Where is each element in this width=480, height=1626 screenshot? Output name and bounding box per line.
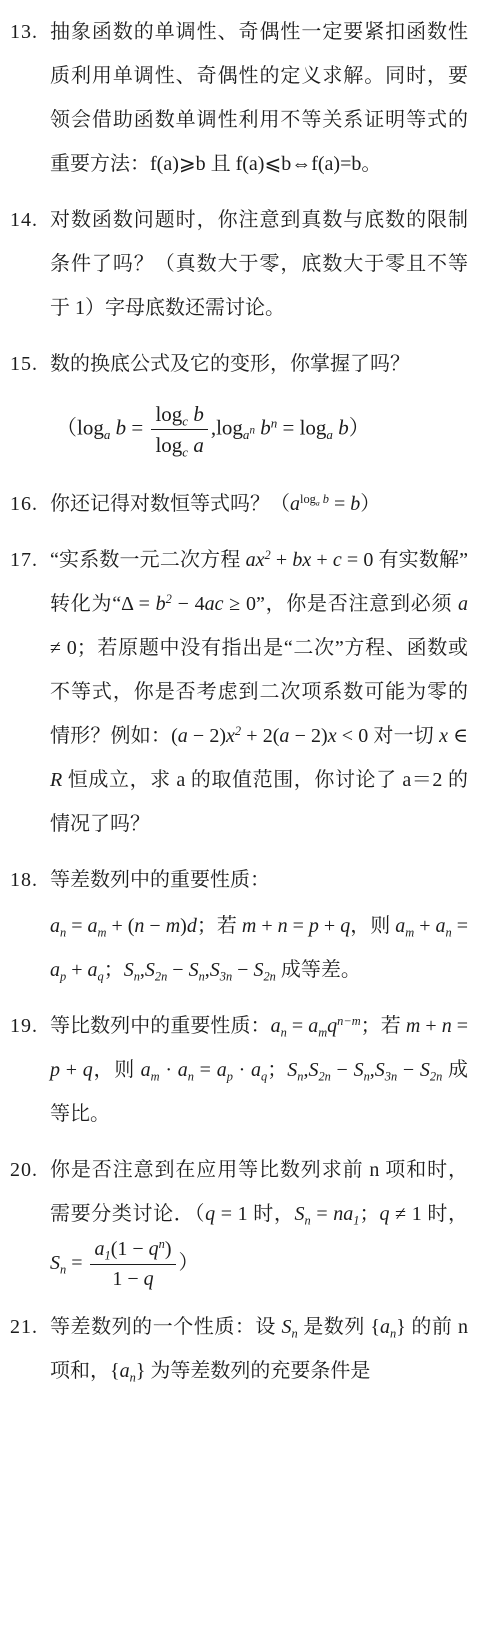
- text-run: ；: [104, 959, 124, 981]
- subscript: m: [151, 1069, 160, 1083]
- paragraph: 等差数列中的重要性质：: [50, 858, 468, 902]
- paragraph: “实系数一元二次方程 ax2 + bx + c = 0 有实数解”转化为“Δ =…: [50, 538, 468, 846]
- text-run: +: [271, 549, 293, 571]
- item-content: 数的换底公式及它的变形，你掌握了吗？（loga b = logc blogc a…: [50, 342, 472, 470]
- text-run: bx: [292, 549, 311, 571]
- fraction-denominator: logc a: [151, 430, 207, 459]
- paragraph: 等比数列中的重要性质：an = amqn−m；若 m + n = p + q，则…: [50, 1004, 468, 1136]
- list-item: 17.“实系数一元二次方程 ax2 + bx + c = 0 有实数解”转化为“…: [10, 538, 472, 846]
- text-run: {: [370, 1316, 380, 1338]
- text-run: S: [308, 1059, 318, 1081]
- text-run: < 0 对一切: [337, 725, 440, 747]
- text-run: 抽象函数的单调性、奇偶性一定要紧扣函数性质利用单调性、奇偶性的定义求解。同时，要…: [50, 21, 468, 175]
- subscript: 3n: [220, 969, 232, 983]
- text-run: 为等差数列的充要条件是: [145, 1360, 370, 1382]
- item-number: 15.: [10, 342, 50, 386]
- superscript: n−m: [337, 1014, 361, 1028]
- paragraph: 对数函数问题时，你注意到真数与底数的限制条件了吗？（真数大于零，底数大于零且不等…: [50, 198, 468, 330]
- text-run: log: [300, 492, 316, 506]
- text-run: log: [155, 402, 182, 426]
- text-run: log: [77, 416, 104, 440]
- list-item: 13.抽象函数的单调性、奇偶性一定要紧扣函数性质利用单调性、奇偶性的定义求解。同…: [10, 10, 472, 186]
- text-run: ·: [160, 1059, 178, 1081]
- text-run: =: [126, 416, 148, 440]
- text-run: a: [87, 959, 97, 981]
- text-run: b: [260, 416, 271, 440]
- text-run: ): [165, 1238, 172, 1260]
- text-run: S: [253, 959, 263, 981]
- text-run: （: [56, 416, 77, 440]
- text-run: q: [83, 1059, 93, 1081]
- text-run: q: [327, 1015, 337, 1037]
- list-item: 18.等差数列中的重要性质：an = am + (n − m)d；若 m + n…: [10, 858, 472, 992]
- text-run: −: [167, 959, 188, 981]
- text-run: S: [420, 1059, 430, 1081]
- text-run: ax: [246, 549, 265, 571]
- text-run: a: [50, 915, 60, 937]
- text-run: q: [149, 1238, 159, 1260]
- text-run: a: [271, 1015, 281, 1037]
- text-run: +: [420, 1015, 441, 1037]
- text-run: S: [282, 1316, 292, 1338]
- text-run: 你还记得对数恒等式吗？（: [50, 493, 290, 515]
- text-run: S: [189, 959, 199, 981]
- text-run: =: [277, 416, 299, 440]
- item-number: 20.: [10, 1148, 50, 1192]
- text-run: − 2): [188, 725, 226, 747]
- text-run: a: [395, 915, 405, 937]
- text-run: S: [295, 1203, 305, 1225]
- list-item: 16.你还记得对数恒等式吗？（aloga b = b）: [10, 482, 472, 526]
- text-run: b: [156, 593, 166, 615]
- display-formula: （loga b = logc blogc a,logan bn = loga b…: [50, 400, 468, 460]
- paragraph: 等差数列的一个性质：设 Sn 是数列 {an} 的前 n 项和，{an} 为等差…: [50, 1305, 468, 1393]
- list-item: 14.对数函数问题时，你注意到真数与底数的限制条件了吗？（真数大于零，底数大于零…: [10, 198, 472, 330]
- text-run: }: [396, 1316, 406, 1338]
- paragraph: 数的换底公式及它的变形，你掌握了吗？: [50, 342, 468, 386]
- text-run: − 2): [289, 725, 327, 747]
- text-run: ): [180, 915, 187, 937]
- text-run: }: [136, 1360, 146, 1382]
- text-run: 是数列: [298, 1316, 371, 1338]
- item-content: 对数函数问题时，你注意到真数与底数的限制条件了吗？（真数大于零，底数大于零且不等…: [50, 198, 472, 330]
- text-run: 对数函数问题时，你注意到真数与底数的限制条件了吗？（真数大于零，底数大于零且不等…: [50, 209, 468, 319]
- subscript: 2n: [263, 969, 275, 983]
- item-number: 13.: [10, 10, 50, 54]
- text-run: ；: [267, 1059, 287, 1081]
- item-content: 你还记得对数恒等式吗？（aloga b = b）: [50, 482, 472, 526]
- text-run: + (: [106, 915, 134, 937]
- text-run: 数的换底公式及它的变形，你掌握了吗？: [50, 353, 410, 375]
- text-run: x: [328, 725, 337, 747]
- text-run: S: [210, 959, 220, 981]
- text-run: a: [436, 915, 446, 937]
- text-run: a: [217, 1059, 227, 1081]
- fraction: logc blogc a: [151, 400, 207, 460]
- text-run: + 2(: [241, 725, 279, 747]
- fraction-numerator: logc b: [151, 400, 207, 430]
- text-run: m: [406, 1015, 420, 1037]
- text-run: a: [458, 593, 468, 615]
- text-run: ·: [233, 1059, 251, 1081]
- text-run: +: [319, 915, 340, 937]
- text-run: ；若: [197, 915, 242, 937]
- list-item: 15.数的换底公式及它的变形，你掌握了吗？（loga b = logc blog…: [10, 342, 472, 470]
- text-run: S: [287, 1059, 297, 1081]
- text-run: a: [290, 493, 300, 515]
- subscript: 3n: [385, 1069, 397, 1083]
- text-run: b: [350, 493, 360, 515]
- list-item: 20.你是否注意到在应用等比数列求前 n 项和时，需要分类讨论．（q = 1 时…: [10, 1148, 472, 1293]
- text-run: +: [66, 959, 87, 981]
- text-run: ∈: [448, 725, 468, 747]
- list-item: 21.等差数列的一个性质：设 Sn 是数列 {an} 的前 n 项和，{an} …: [10, 1305, 472, 1393]
- text-run: a: [251, 1059, 261, 1081]
- text-run: 等差数列中的重要性质：: [50, 869, 270, 891]
- text-run: =: [66, 1252, 87, 1274]
- text-run: ）: [349, 416, 370, 440]
- math-notes-list: 13.抽象函数的单调性、奇偶性一定要紧扣函数性质利用单调性、奇偶性的定义求解。同…: [10, 10, 472, 1393]
- text-run: a: [50, 959, 60, 981]
- text-run: − 4: [172, 593, 205, 615]
- text-run: p: [309, 915, 319, 937]
- text-run: a: [178, 1059, 188, 1081]
- text-run: 1 −: [112, 1268, 143, 1290]
- text-run: =: [288, 915, 309, 937]
- subscript: a: [326, 427, 333, 442]
- text-run: “实系数一元二次方程: [50, 549, 246, 571]
- text-run: ac: [205, 593, 224, 615]
- item-content: “实系数一元二次方程 ax2 + bx + c = 0 有实数解”转化为“Δ =…: [50, 538, 472, 846]
- text-run: (: [171, 725, 178, 747]
- text-run: =: [66, 915, 87, 937]
- text-run: b: [116, 416, 127, 440]
- text-run: =: [311, 1203, 334, 1225]
- text-run: S: [145, 959, 155, 981]
- text-run: p: [50, 1059, 60, 1081]
- text-run: x: [439, 725, 448, 747]
- item-content: 抽象函数的单调性、奇偶性一定要紧扣函数性质利用单调性、奇偶性的定义求解。同时，要…: [50, 10, 472, 186]
- text-run: 成等差。: [276, 959, 361, 981]
- text-run: =: [452, 915, 468, 937]
- text-run: n: [134, 915, 144, 937]
- paragraph: an = am + (n − m)d；若 m + n = p + q，则 am …: [50, 904, 468, 992]
- text-run: c: [333, 549, 342, 571]
- fraction-numerator: a1(1 − qn): [90, 1236, 175, 1265]
- text-run: = 1 时，: [215, 1203, 294, 1225]
- text-run: 恒成立，求 a 的取值范围，你讨论了 a＝2 的情况了吗？: [50, 769, 468, 835]
- text-run: 等比数列中的重要性质：: [50, 1015, 271, 1037]
- text-run: a: [193, 433, 204, 457]
- text-run: x: [226, 725, 235, 747]
- document-page: 13.抽象函数的单调性、奇偶性一定要紧扣函数性质利用单调性、奇偶性的定义求解。同…: [0, 0, 480, 1626]
- text-run: a: [88, 915, 98, 937]
- superscript: loga b: [300, 492, 329, 506]
- text-run: n: [278, 915, 288, 937]
- text-run: S: [50, 1252, 60, 1274]
- item-content: 等比数列中的重要性质：an = amqn−m；若 m + n = p + q，则…: [50, 1004, 472, 1136]
- text-run: =: [452, 1015, 468, 1037]
- text-run: =: [287, 1015, 308, 1037]
- text-run: R: [50, 769, 62, 791]
- text-run: a: [380, 1316, 390, 1338]
- text-run: q: [380, 1203, 390, 1225]
- item-number: 14.: [10, 198, 50, 242]
- subscript: 2n: [430, 1069, 442, 1083]
- text-run: ；: [360, 1203, 380, 1225]
- subscript: 2n: [155, 969, 167, 983]
- text-run: m: [166, 915, 180, 937]
- text-run: a: [308, 1015, 318, 1037]
- text-run: +: [414, 915, 435, 937]
- subscript: an: [243, 427, 255, 442]
- text-run: f(a)⩾b 且 f(a)⩽b⇔f(a)=b。: [150, 153, 381, 175]
- text-run: n: [442, 1015, 452, 1037]
- text-run: q: [205, 1203, 215, 1225]
- fraction: a1(1 − qn)1 − q: [90, 1236, 175, 1293]
- text-run: ）: [360, 493, 380, 515]
- text-run: ，则: [93, 1059, 141, 1081]
- text-run: q: [144, 1268, 154, 1290]
- text-run: a: [141, 1059, 151, 1081]
- paragraph: 抽象函数的单调性、奇偶性一定要紧扣函数性质利用单调性、奇偶性的定义求解。同时，要…: [50, 10, 468, 186]
- list-item: 19.等比数列中的重要性质：an = amqn−m；若 m + n = p + …: [10, 1004, 472, 1136]
- text-run: ≠ 1 时，: [390, 1203, 469, 1225]
- text-run: ≥ 0”，你是否注意到必须: [223, 593, 458, 615]
- subscript: m: [405, 925, 414, 939]
- text-run: ，则: [350, 915, 395, 937]
- subscript: 2n: [318, 1069, 330, 1083]
- item-content: 等差数列的一个性质：设 Sn 是数列 {an} 的前 n 项和，{an} 为等差…: [50, 1305, 472, 1393]
- text-run: ）: [179, 1252, 199, 1274]
- text-run: −: [144, 915, 165, 937]
- text-run: ；若: [361, 1015, 406, 1037]
- text-run: d: [187, 915, 197, 937]
- text-run: m: [242, 915, 256, 937]
- text-run: log: [216, 416, 243, 440]
- item-number: 16.: [10, 482, 50, 526]
- text-run: =: [329, 493, 350, 515]
- text-run: =: [194, 1059, 217, 1081]
- text-run: log: [155, 433, 182, 457]
- text-run: b: [338, 416, 349, 440]
- fraction-denominator: 1 − q: [90, 1265, 175, 1293]
- text-run: {: [110, 1360, 120, 1382]
- item-content: 等差数列中的重要性质：an = am + (n − m)d；若 m + n = …: [50, 858, 472, 992]
- text-run: +: [60, 1059, 83, 1081]
- text-run: S: [354, 1059, 364, 1081]
- text-run: q: [340, 915, 350, 937]
- text-run: a: [120, 1360, 130, 1382]
- item-number: 19.: [10, 1004, 50, 1048]
- text-run: −: [232, 959, 253, 981]
- item-number: 18.: [10, 858, 50, 902]
- subscript: m: [318, 1025, 327, 1039]
- paragraph: 你还记得对数恒等式吗？（aloga b = b）: [50, 482, 468, 526]
- text-run: S: [375, 1059, 385, 1081]
- text-run: a: [178, 725, 188, 747]
- text-run: 等差数列的一个性质：设: [50, 1316, 282, 1338]
- item-number: 17.: [10, 538, 50, 582]
- item-number: 21.: [10, 1305, 50, 1349]
- text-run: S: [124, 959, 134, 981]
- text-run: log: [300, 416, 327, 440]
- text-run: −: [397, 1059, 420, 1081]
- text-run: na: [333, 1203, 353, 1225]
- text-run: b: [193, 402, 204, 426]
- text-run: a: [279, 725, 289, 747]
- paragraph: 你是否注意到在应用等比数列求前 n 项和时，需要分类讨论．（q = 1 时，Sn…: [50, 1148, 468, 1293]
- text-run: +: [311, 549, 333, 571]
- text-run: a: [94, 1238, 104, 1260]
- text-run: (1 −: [111, 1238, 149, 1260]
- text-run: −: [331, 1059, 354, 1081]
- item-content: 你是否注意到在应用等比数列求前 n 项和时，需要分类讨论．（q = 1 时，Sn…: [50, 1148, 472, 1293]
- text-run: +: [256, 915, 277, 937]
